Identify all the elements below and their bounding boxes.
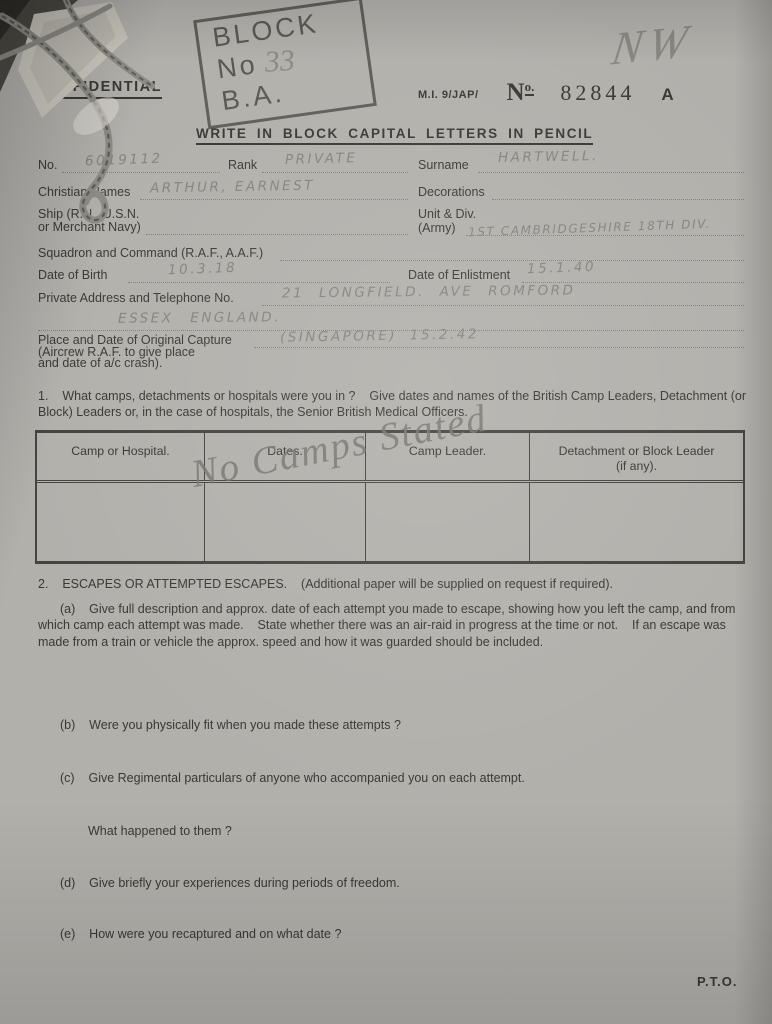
field-label-decorations: Decorations <box>418 185 485 199</box>
file-reference: M.I. 9/JAP/No.82844A <box>418 79 674 107</box>
column-header-detachment-leader: Detachment or Block Leader (if any). <box>530 433 743 480</box>
fill-line-surname <box>478 171 744 173</box>
ref-suffix: A <box>661 85 673 104</box>
camps-table-body-row <box>37 483 743 561</box>
field-label-rank: Rank <box>228 158 257 172</box>
field-label-ship-line1: Ship (R.N., U.S.N. <box>38 207 139 221</box>
confidential-marking: CONFIDENTIAL <box>36 79 162 99</box>
fill-line-no <box>62 171 220 173</box>
ref-no-label: N <box>507 79 525 106</box>
field-value-address-line1: 21 LONGFIELD. AVE ROMFORD <box>282 282 576 301</box>
field-value-date-of-birth: 10.3.18 <box>168 260 238 278</box>
camps-cell-empty <box>205 483 366 561</box>
camps-cell-empty <box>37 483 205 561</box>
fill-line-christian-names <box>140 198 408 200</box>
form-instruction-heading: WRITE IN BLOCK CAPITAL LETTERS IN PENCIL <box>196 126 593 145</box>
field-label-date-of-birth: Date of Birth <box>38 268 107 282</box>
question-2e-text: (e) How were you recaptured and on what … <box>60 926 720 942</box>
field-value-address-line2: ESSEX ENGLAND. <box>118 309 281 326</box>
pow-questionnaire-form: CONFIDENTIAL BLOCK No B.A. 33 M.I. 9/JAP… <box>0 0 772 1024</box>
fill-line-rank <box>262 171 408 173</box>
field-value-capture: (SINGAPORE) 15.2.42 <box>280 326 479 345</box>
field-label-surname: Surname <box>418 158 469 172</box>
ref-prefix: M.I. 9/JAP/ <box>418 89 479 101</box>
field-label-christian-names: Christian Names <box>38 185 130 199</box>
field-value-christian-names: ARTHUR, EARNEST <box>150 178 315 197</box>
field-value-rank: PRIVATE <box>285 150 358 168</box>
camps-cell-empty <box>530 483 743 561</box>
question-2b-text: (b) Were you physically fit when you mad… <box>60 717 720 733</box>
fill-line-date-of-birth <box>128 281 390 283</box>
ref-serial-number: 82844 <box>560 80 635 105</box>
field-label-unit-div-line1: Unit & Div. <box>418 207 476 221</box>
field-label-date-of-enlistment: Date of Enlistment <box>408 268 510 282</box>
question-2c-followup-text: What happened to them ? <box>88 823 708 839</box>
stamp-handwritten-number: 33 <box>264 43 296 80</box>
question-2-heading: 2. ESCAPES OR ATTEMPTED ESCAPES. (Additi… <box>38 576 750 592</box>
question-2c-text: (c) Give Regimental particulars of anyon… <box>60 770 720 786</box>
field-label-squadron: Squadron and Command (R.A.F., A.A.F.) <box>38 246 263 260</box>
fill-line-squadron <box>280 259 744 261</box>
field-label-no: No. <box>38 158 57 172</box>
pencil-initials-mark: NW <box>608 13 696 76</box>
field-value-no: 6019112 <box>85 151 163 170</box>
question-2a-text: (a) Give full description and approx. da… <box>38 601 752 650</box>
fill-line-address-1 <box>262 304 744 306</box>
camps-cell-empty <box>366 483 530 561</box>
fill-line-capture <box>254 346 744 348</box>
question-2d-text: (d) Give briefly your experiences during… <box>60 875 720 891</box>
column-header-camp-or-hospital: Camp or Hospital. <box>37 433 205 480</box>
field-value-surname: HARTWELL. <box>498 148 599 166</box>
fill-line-decorations <box>492 198 744 200</box>
field-label-capture-line3: and date of a/c crash). <box>38 356 162 370</box>
block-number-stamp: BLOCK No B.A. 33 <box>193 0 377 129</box>
field-value-date-of-enlistment: 15.1.40 <box>527 259 597 277</box>
field-label-unit-div-line2: (Army) <box>418 221 456 235</box>
please-turn-over-note: P.T.O. <box>697 974 737 989</box>
field-label-ship-line2: or Merchant Navy) <box>38 220 141 234</box>
fill-line-ship <box>146 233 408 235</box>
field-label-address: Private Address and Telephone No. <box>38 291 234 305</box>
